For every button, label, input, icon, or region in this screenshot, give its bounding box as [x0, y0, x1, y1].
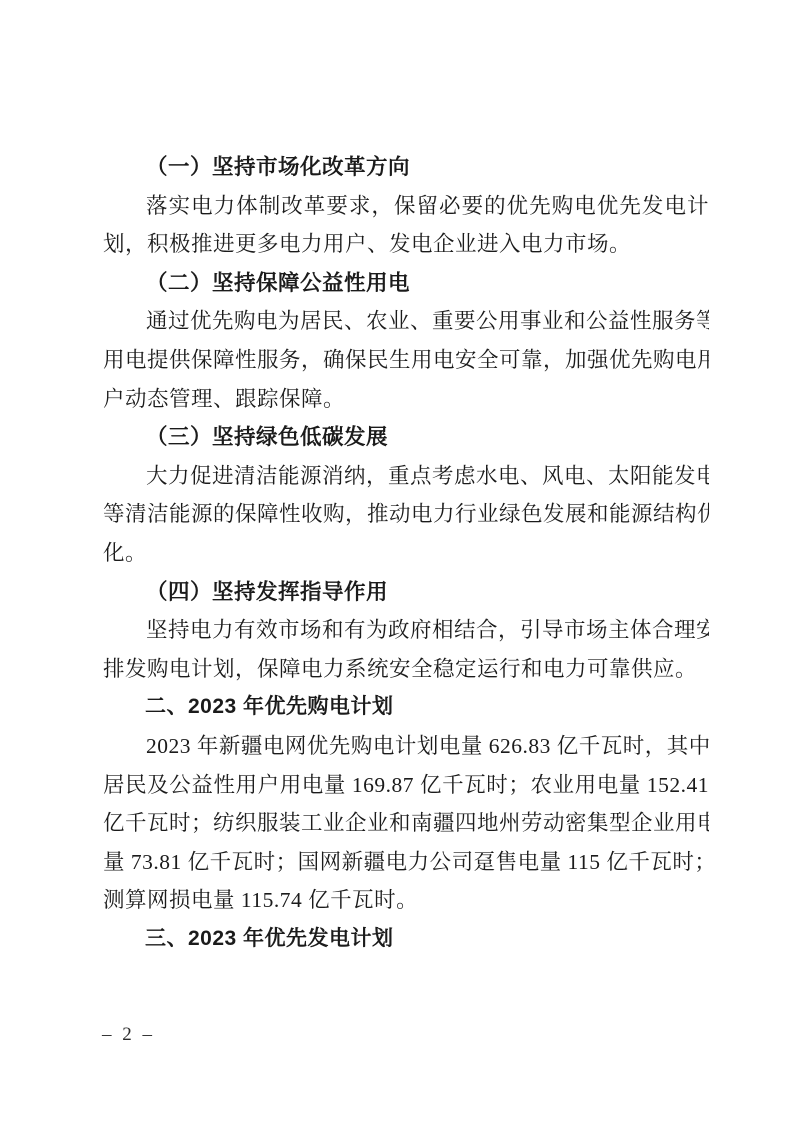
body-line: 亿千瓦时；纺织服装工业企业和南疆四地州劳动密集型企业用电 — [103, 804, 709, 843]
section-heading-2: （二）坚持保障公益性用电 — [103, 264, 709, 303]
body-line: 等清洁能源的保障性收购，推动电力行业绿色发展和能源结构优 — [103, 495, 709, 534]
body-line: 大力促进清洁能源消纳，重点考虑水电、风电、太阳能发电 — [103, 457, 709, 496]
body-line: 用电提供保障性服务，确保民生用电安全可靠，加强优先购电用 — [103, 341, 709, 380]
body-line: 量 73.81 亿千瓦时；国网新疆电力公司趸售电量 115 亿千瓦时； — [103, 843, 709, 882]
document-body: （一）坚持市场化改革方向 落实电力体制改革要求，保留必要的优先购电优先发电计 划… — [103, 148, 709, 958]
section-heading-4: （四）坚持发挥指导作用 — [103, 573, 709, 612]
body-line: 测算网损电量 115.74 亿千瓦时。 — [103, 881, 709, 920]
body-line: 排发购电计划，保障电力系统安全稳定运行和电力可靠供应。 — [103, 650, 709, 689]
body-line: 居民及公益性用户用电量 169.87 亿千瓦时；农业用电量 152.41 — [103, 766, 709, 805]
body-line: 落实电力体制改革要求，保留必要的优先购电优先发电计 — [103, 187, 709, 226]
document-page: （一）坚持市场化改革方向 落实电力体制改革要求，保留必要的优先购电优先发电计 划… — [0, 0, 800, 1130]
body-line: 通过优先购电为居民、农业、重要公用事业和公益性服务等 — [103, 302, 709, 341]
body-line: 2023 年新疆电网优先购电计划电量 626.83 亿千瓦时，其中： — [103, 727, 709, 766]
page-number: – 2 – — [102, 1020, 155, 1050]
section-heading-1: （一）坚持市场化改革方向 — [103, 148, 709, 187]
body-line: 户动态管理、跟踪保障。 — [103, 380, 709, 419]
chapter-heading-2: 二、2023 年优先购电计划 — [103, 688, 709, 727]
body-line: 坚持电力有效市场和有为政府相结合，引导市场主体合理安 — [103, 611, 709, 650]
section-heading-3: （三）坚持绿色低碳发展 — [103, 418, 709, 457]
chapter-heading-3: 三、2023 年优先发电计划 — [103, 920, 709, 959]
body-line: 化。 — [103, 534, 709, 573]
body-line: 划，积极推进更多电力用户、发电企业进入电力市场。 — [103, 225, 709, 264]
